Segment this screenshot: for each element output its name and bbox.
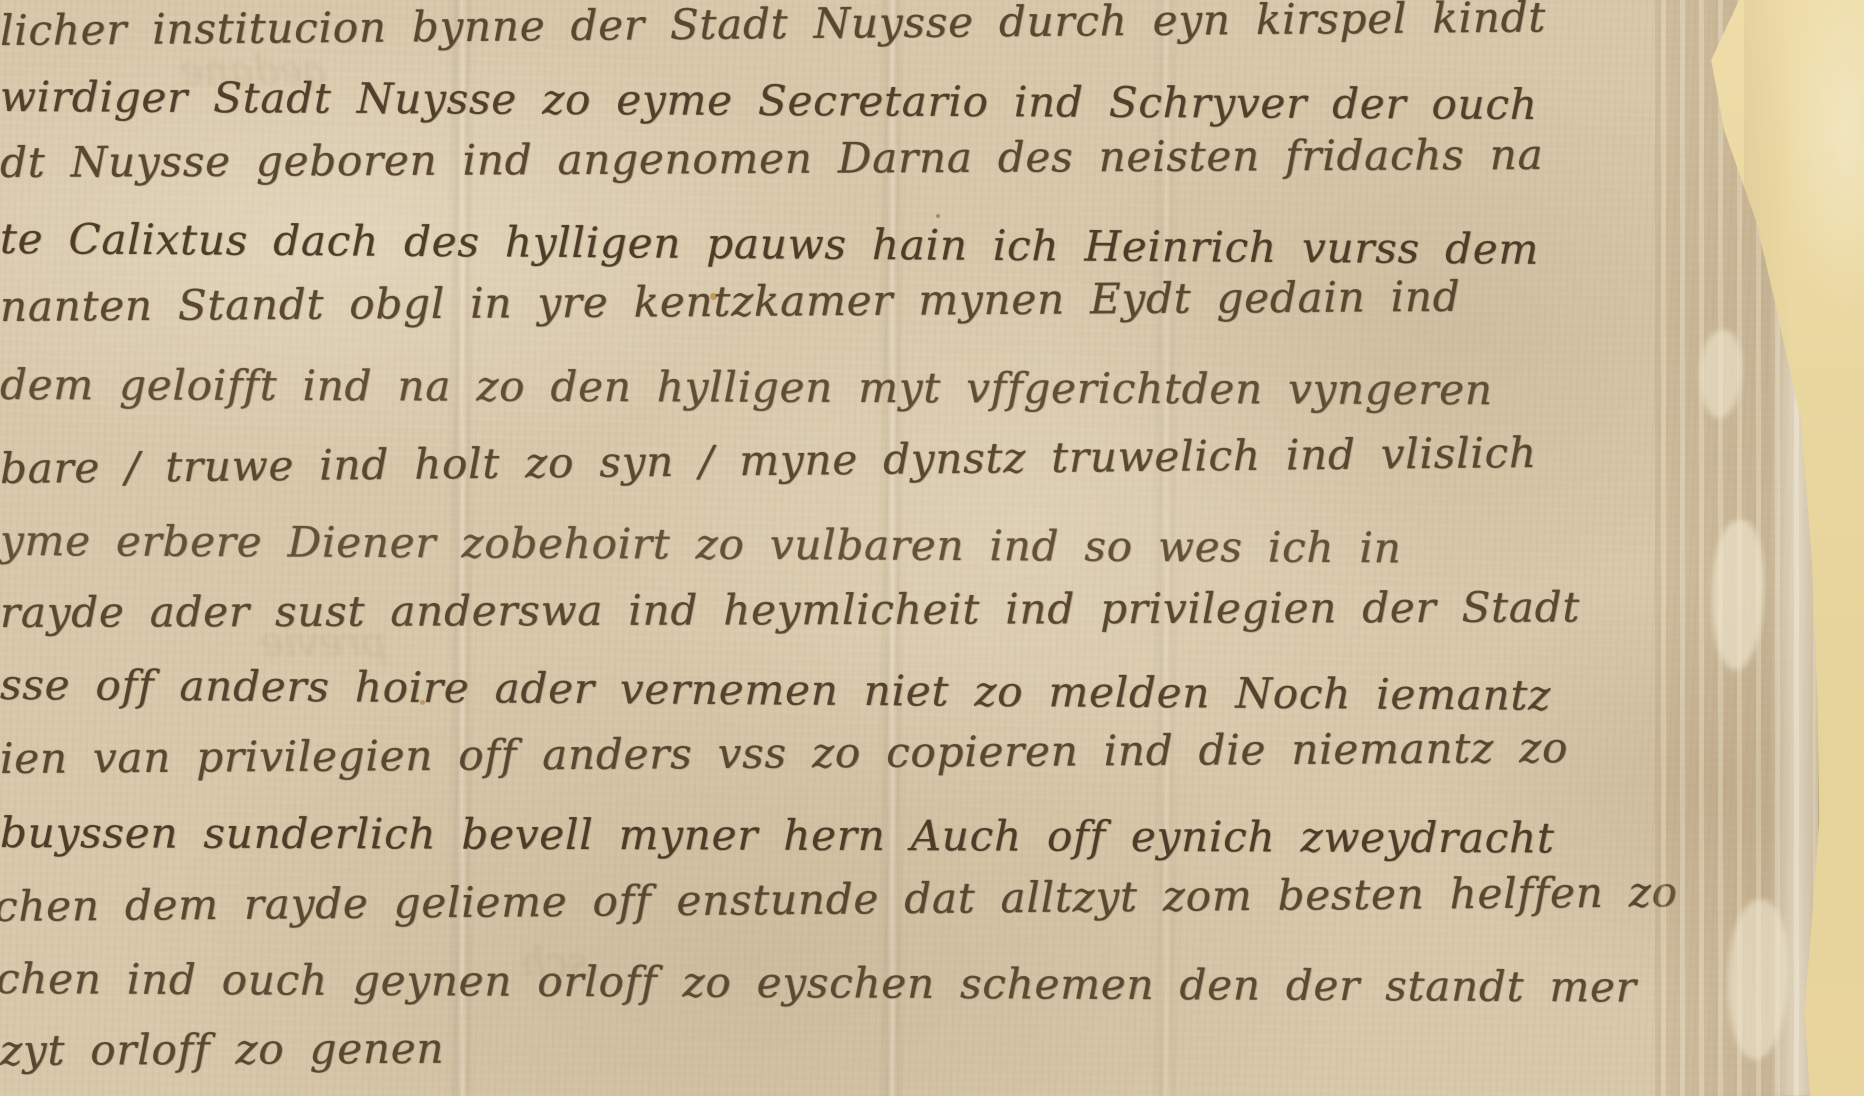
- text-line: licher institucion bynne der Stadt Nuyss…: [0, 0, 1546, 52]
- text-line: zyt orloff zo genen: [0, 1028, 444, 1072]
- text-line: te Calixtus dach des hylligen pauws hain…: [0, 218, 1539, 271]
- text-line: rayde ader sust anderswa ind heymlicheit…: [0, 586, 1580, 634]
- text-line: dt Nuysse geboren ind angenomen Darna de…: [0, 134, 1544, 184]
- text-line: chen dem rayde gelieme off enstunde dat …: [0, 871, 1678, 928]
- manuscript-scan: gedane previe sch licher institucion byn…: [0, 0, 1864, 1096]
- text-line: yme erbere Diener zobehoirt zo vulbaren …: [0, 520, 1402, 569]
- text-line: nanten Standt obgl in yre kentzkamer myn…: [0, 276, 1461, 328]
- text-line: ien van privilegien off anders vss zo co…: [0, 727, 1568, 780]
- handwritten-text: licher institucion bynne der Stadt Nuyss…: [0, 0, 1864, 1096]
- text-line: dem geloifft ind na zo den hylligen myt …: [0, 364, 1493, 411]
- text-line: wirdiger Stadt Nuysse zo eyme Secretario…: [0, 76, 1538, 126]
- manuscript-page: gedane previe sch licher institucion byn…: [0, 0, 1864, 1096]
- text-line: chen ind ouch geynen orloff zo eyschen s…: [0, 958, 1637, 1009]
- text-line: bare / truwe ind holt zo syn / myne dyns…: [0, 432, 1537, 490]
- text-line: sse off anders hoire ader vernemen niet …: [0, 664, 1551, 717]
- text-line: buyssen sunderlich bevell myner hern Auc…: [0, 812, 1555, 859]
